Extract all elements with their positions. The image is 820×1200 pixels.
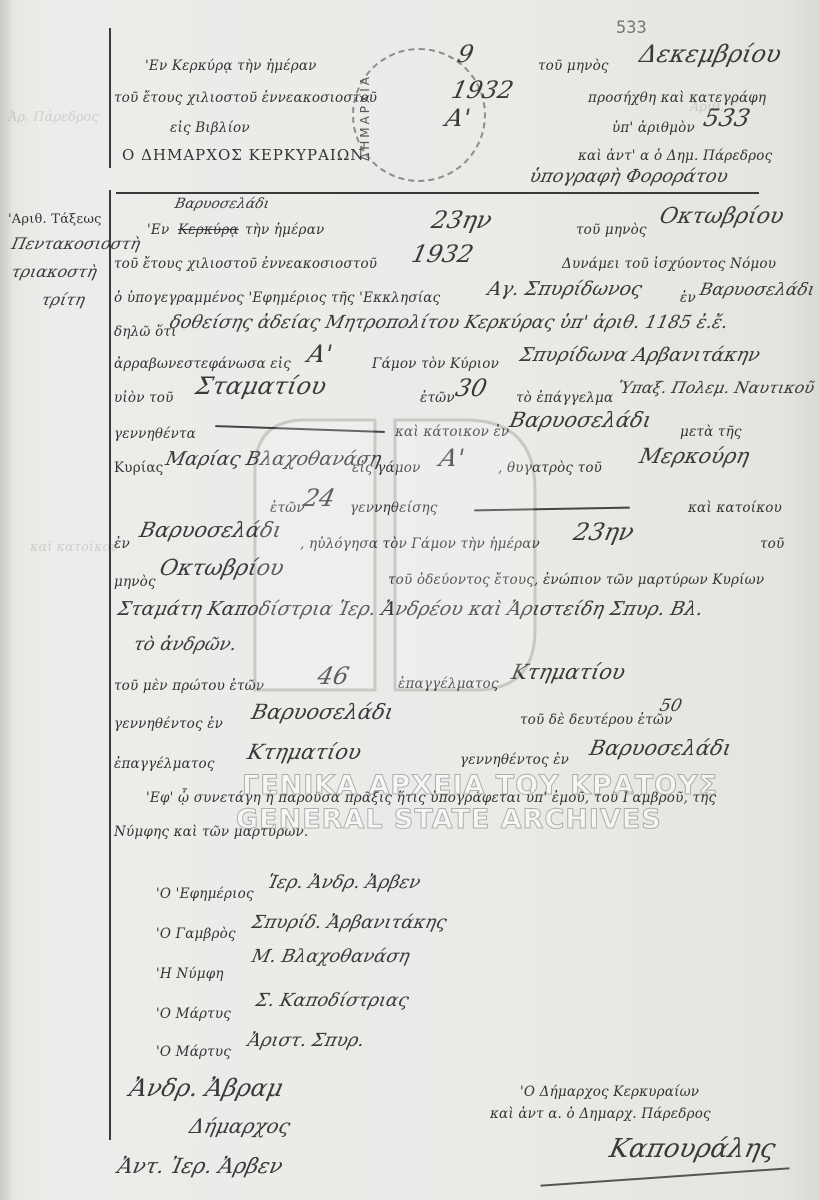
body-first-witness-birthplace: Βαρυοσελάδι [249, 700, 395, 724]
body-witness-names-cont: τὸ ἀνδρῶν. [132, 634, 239, 655]
archive-logo-watermark [235, 410, 555, 700]
header-month-label: τοῦ μηνὸς [538, 58, 609, 74]
sig-role-witness-2: 'Ο Μάρτυς [156, 1044, 231, 1060]
header-book-label: εἰς Βιβλίον [170, 120, 250, 136]
body-year-label: τοῦ ἔτους χιλιοστοῦ ἐννεακοσιοστοῦ [114, 256, 377, 272]
body-of-label: τοῦ [760, 536, 784, 552]
extra-signature-2: Δήμαρχος [187, 1114, 292, 1138]
signature-underline [540, 1167, 789, 1186]
body-year: 1932 [409, 240, 476, 268]
left-rule-header [109, 28, 111, 168]
watermark-greek: ΓΕΝΙΚΑ ΑΡΧΕΙΑ ΤΟΥ ΚΡΑΤΟΥΣ [242, 770, 718, 801]
margin-order-value-1: Πεντακοσιοστὴ [10, 234, 142, 253]
body-month-prefix: μηνὸς [114, 574, 156, 590]
body-second-witness-born-label: γεννηθέντος ἐν [460, 752, 569, 768]
sig-groom: Σπυρίδ. Ἀρβανιτάκης [250, 912, 449, 933]
body-groom-age-label: ἐτῶν [420, 390, 455, 406]
header-number-label: ὑπ' ἀριθμὸν [612, 120, 695, 136]
body-church: Αγ. Σπυρίδωνος [486, 278, 644, 300]
page-number: 533 [616, 18, 647, 38]
header-divider [116, 192, 759, 194]
body-first-witness-born-label: γεννηθέντος ἐν [114, 716, 223, 732]
sig-role-priest: 'Ο 'Εφημέριος [156, 886, 254, 902]
header-month: Δεκεμβρίου [637, 40, 784, 68]
mayor-signature: Καπουράλης [607, 1134, 778, 1164]
sig-role-groom: 'Ο Γαμβρὸς [156, 926, 236, 942]
header-year-label: τοῦ ἔτους χιλιοστοῦ ἐννεακοσιοστοῦ [114, 90, 377, 106]
body-month: Οκτωβρίου [657, 204, 786, 229]
body-second-witness-age-label: τοῦ δὲ δευτέρου ἐτῶν [520, 712, 673, 728]
body-groom-profession: Ὑπαξ. Πολεμ. Ναυτικοῦ [616, 378, 816, 397]
body-groom-age: 30 [453, 374, 489, 402]
body-groom-prof-label: τὸ ἐπάγγελμα [516, 390, 613, 406]
body-wedding-day: 23ην [571, 518, 636, 546]
watermark-english: GENERAL STATE ARCHIVES [236, 804, 662, 835]
sig-witness-1: Σ. Καποδίστριας [254, 990, 411, 1011]
header-mayor-title: Ο ΔΗΜΑΡΧΟΣ ΚΕΡΚΥΡΑΙΩΝ [122, 146, 364, 164]
header-number: 533 [701, 104, 753, 132]
body-place-struck: Κερκύρᾳ [178, 222, 239, 238]
body-bride-father: Μερκούρη [637, 444, 751, 468]
header-day: 9 [455, 40, 476, 68]
extra-signature-1: Ἀνδρ. Ἀβραμ [127, 1074, 286, 1102]
margin-order-value-3: τρίτη [40, 290, 87, 309]
sig-role-witness-1: 'Ο Μάρτυς [156, 1006, 231, 1022]
body-month-label: τοῦ μηνὸς [576, 222, 647, 238]
left-rule-body [109, 190, 111, 1140]
body-married-label: ἀρραβωνεστεφάνωσα εἰς [114, 356, 291, 372]
mayor-title: 'Ο Δήμαρχος Κερκυραίων [520, 1084, 699, 1100]
body-church-place: Βαρυοσελάδι [698, 280, 817, 300]
sig-bride: Μ. Βλαχοθανάση [250, 946, 412, 967]
body-declare-text: δοθείσης ἀδείας Μητροπολίτου Κερκύρας ὑπ… [168, 312, 730, 333]
body-place-prefix: 'Εν [147, 222, 169, 238]
body-with-label: μετὰ τῆς [680, 424, 742, 440]
margin-order-label: 'Αριθ. Τάξεως [8, 212, 102, 227]
body-in-label: ἐν [114, 536, 130, 552]
body-groom-name: Σπυρίδωνα Αρβανιτάκην [518, 344, 763, 366]
body-lady-label: Κυρίας [114, 460, 163, 476]
body-day-label: τὴν ἡμέραν [245, 222, 324, 238]
body-groom-label: Γάμον τὸν Κύριον [372, 356, 499, 372]
header-year: 1932 [449, 76, 516, 104]
body-second-witness-prof-label: ἐπαγγέλματος [114, 756, 215, 772]
sig-role-bride: 'Η Νύμφη [156, 966, 224, 982]
margin-order-value-2: τριακοστὴ [10, 262, 99, 281]
scanned-document-page: Ἀριθ. Τ. Ἀρ. Πάρεδρος καὶ κατοίκου 533 Δ… [0, 0, 820, 1200]
header-place-label: 'Εν Κερκύρᾳ τὴν ἡμέραν [145, 58, 317, 74]
bleed-through-text: καὶ κατοίκου [30, 540, 118, 555]
body-second-witness-age: 50 [658, 696, 684, 716]
body-bride-resident-label: καὶ κατοίκου [688, 500, 782, 516]
body-church-in: ἐν [680, 290, 696, 306]
header-signature: ὑπογραφὴ Φοροράτου [528, 166, 730, 187]
body-groom-father: Σταματίου [193, 372, 329, 400]
sig-witness-2: Ἀριστ. Σπυρ. [246, 1030, 367, 1051]
body-second-witness-profession: Κτηματίου [245, 740, 363, 764]
extra-signature-3: Ἀντ. Ἰερ. Ἀρβεν [115, 1154, 285, 1178]
body-law-label: Δυνάμει τοῦ ἰσχύοντος Νόμου [562, 256, 776, 272]
header-deputy-label: καὶ ἀντ' α ὁ Δημ. Πάρεδρος [578, 148, 772, 164]
body-born-label: γεννηθέντα [114, 426, 196, 442]
body-place-insert: Βαρυοσελάδι [173, 196, 271, 212]
body-groom-marriage-number: Α' [305, 340, 335, 368]
body-priest-label: ὁ ὑπογεγραμμένος 'Εφημέριος τῆς 'Εκκλησί… [114, 290, 440, 306]
mayor-deputy-title: καὶ ἀντ α. ὁ Δημαρχ. Πάρεδρος [490, 1106, 711, 1122]
body-day: 23ην [429, 206, 494, 234]
body-son-of-label: υἱὸν τοῦ [114, 390, 174, 406]
body-second-witness-birthplace: Βαρυοσελάδι [587, 736, 733, 760]
sig-priest: Ἱερ. Ἀνδρ. Ἀρβεν [266, 872, 423, 893]
bleed-through-text: Ἀρ. Πάρεδρος [8, 110, 99, 125]
